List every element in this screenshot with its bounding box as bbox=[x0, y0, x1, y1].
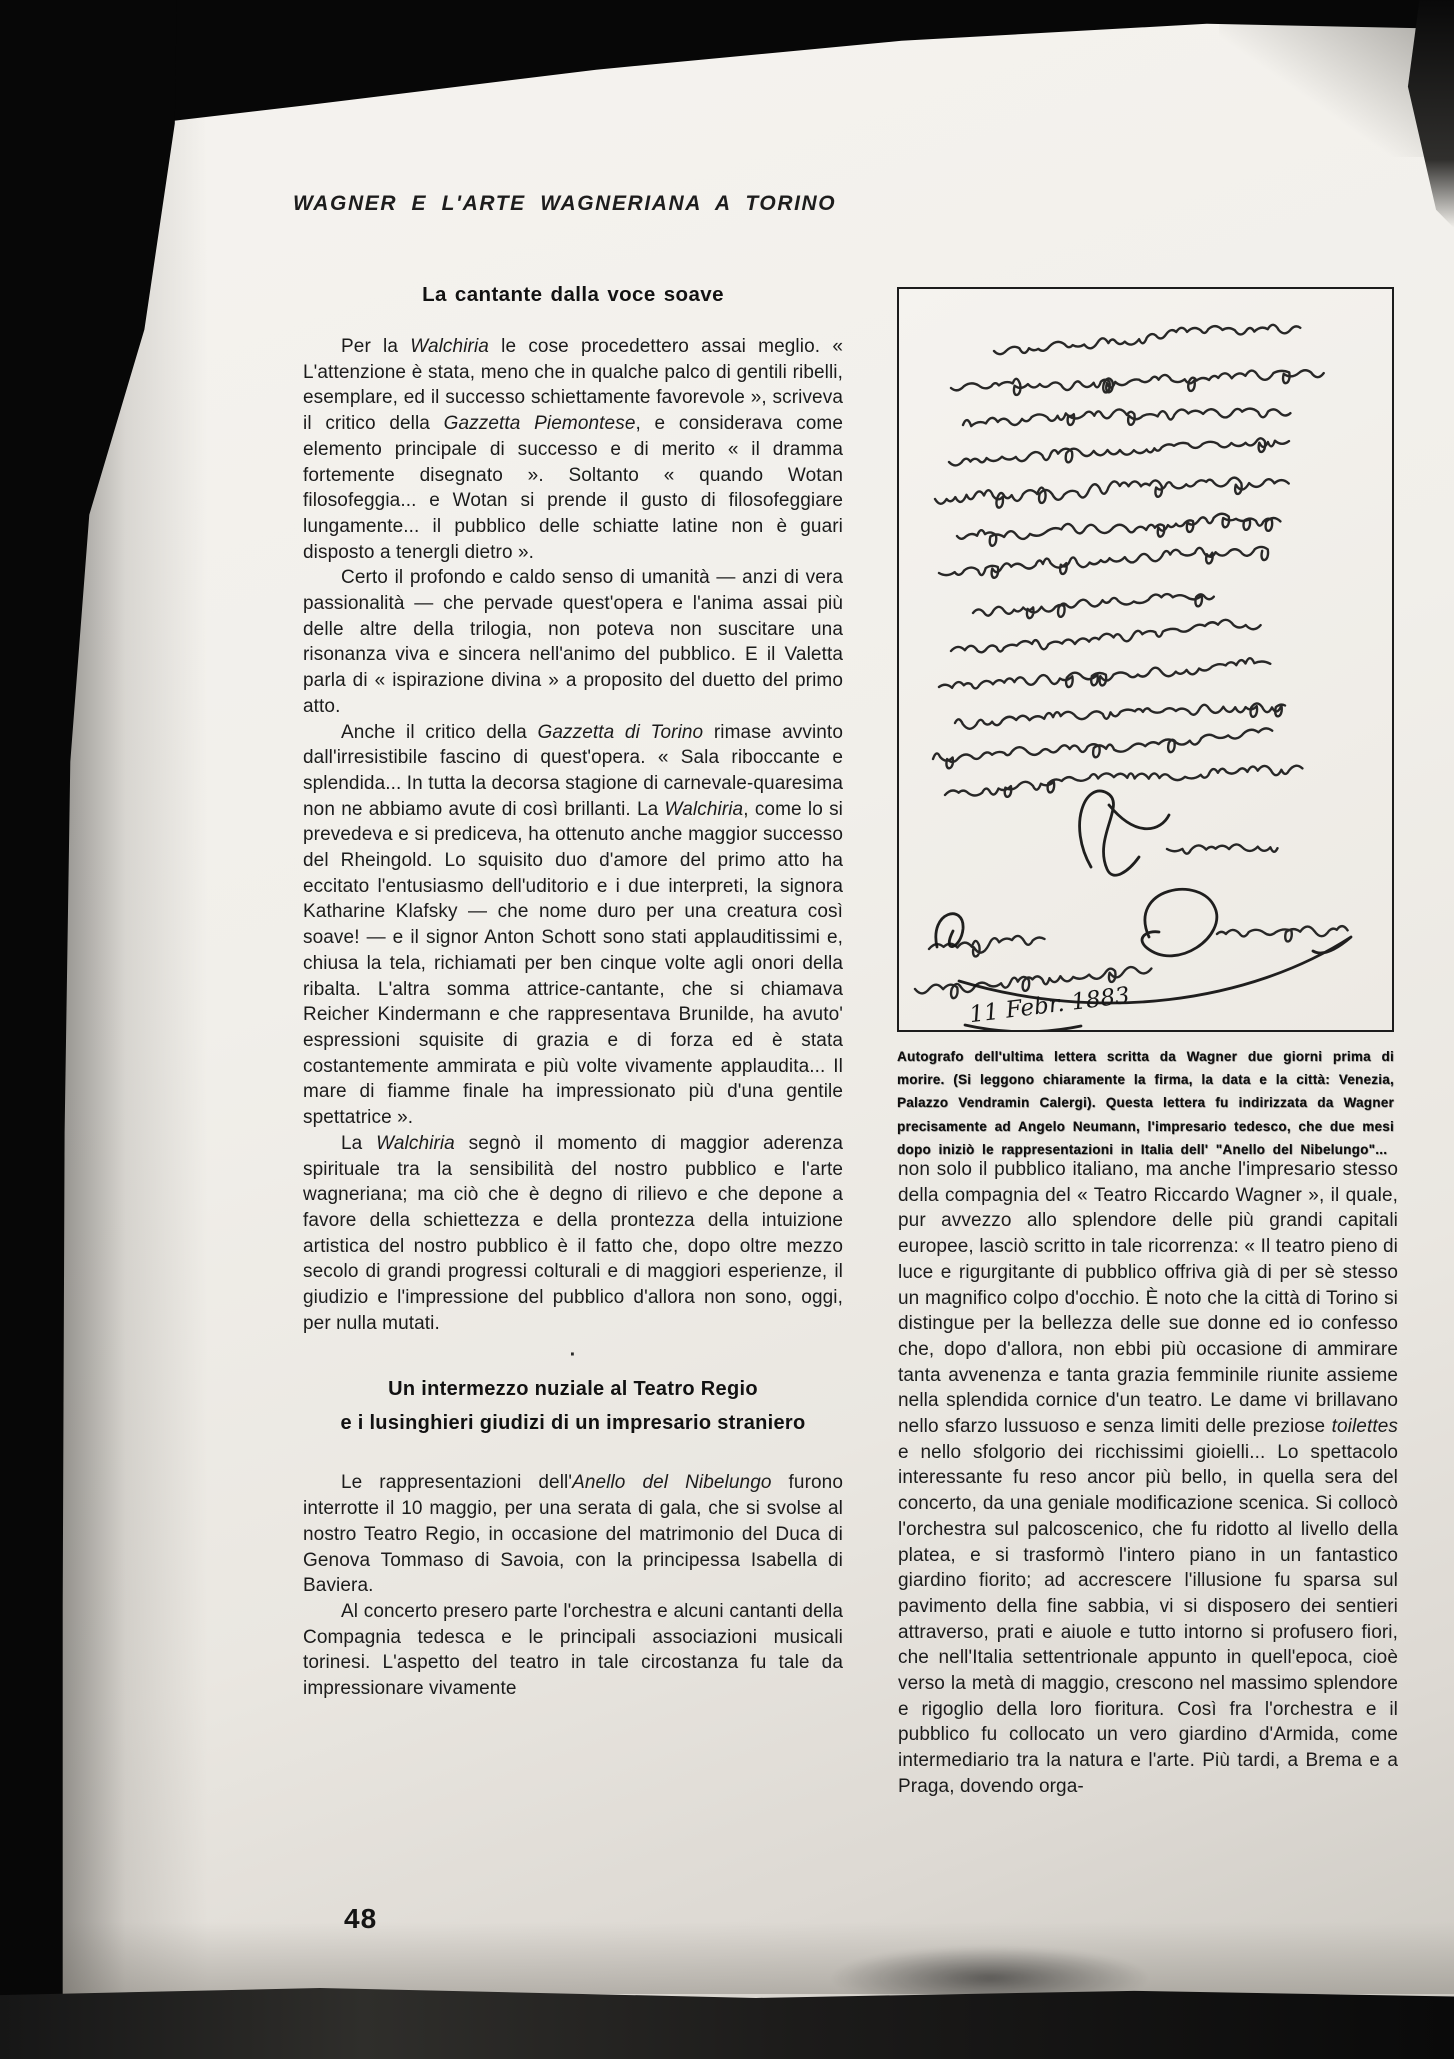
paragraph: Per la Walchiria le cose procedettero as… bbox=[303, 334, 843, 565]
scanned-book-page: WAGNER E L'ARTE WAGNERIANA A TORINO La c… bbox=[0, 0, 1454, 2059]
letter-frame: 11 Febr. 1883 bbox=[897, 287, 1394, 1032]
bottom-scan-band bbox=[0, 1988, 1454, 2059]
bottom-page-shadow bbox=[0, 1922, 1454, 1994]
section-subheading-line1: Un intermezzo nuziale al Teatro Regio bbox=[303, 1372, 843, 1406]
paragraph: Al concerto presero parte l'orchestra e … bbox=[303, 1599, 843, 1702]
section-divider: · bbox=[303, 1344, 843, 1368]
paragraph: non solo il pubblico italiano, ma anche … bbox=[898, 1157, 1398, 1800]
handwritten-letter-image: 11 Febr. 1883 bbox=[899, 289, 1392, 1030]
section-heading: La cantante dalla voce soave bbox=[303, 283, 843, 307]
right-column: non solo il pubblico italiano, ma anche … bbox=[898, 1157, 1398, 1800]
left-column: La cantante dalla voce soave Per la Walc… bbox=[303, 283, 843, 1702]
paragraph: Le rappresentazioni dell'Anello del Nibe… bbox=[303, 1470, 843, 1599]
spacer bbox=[303, 1440, 843, 1470]
paragraph: La Walchiria segnò il momento di maggior… bbox=[303, 1131, 843, 1337]
paragraph: Anche il critico della Gazzetta di Torin… bbox=[303, 720, 843, 1131]
letter-caption: Autografo dell'ultima lettera scritta da… bbox=[897, 1045, 1394, 1161]
paragraph: Certo il profondo e caldo senso di umani… bbox=[303, 565, 843, 719]
section-subheading-line2: e i lusinghieri giudizi di un impresario… bbox=[303, 1406, 843, 1440]
signature-flourishes bbox=[936, 791, 1351, 1030]
running-header: WAGNER E L'ARTE WAGNERIANA A TORINO bbox=[293, 192, 836, 216]
handwriting-strokes bbox=[915, 325, 1348, 998]
